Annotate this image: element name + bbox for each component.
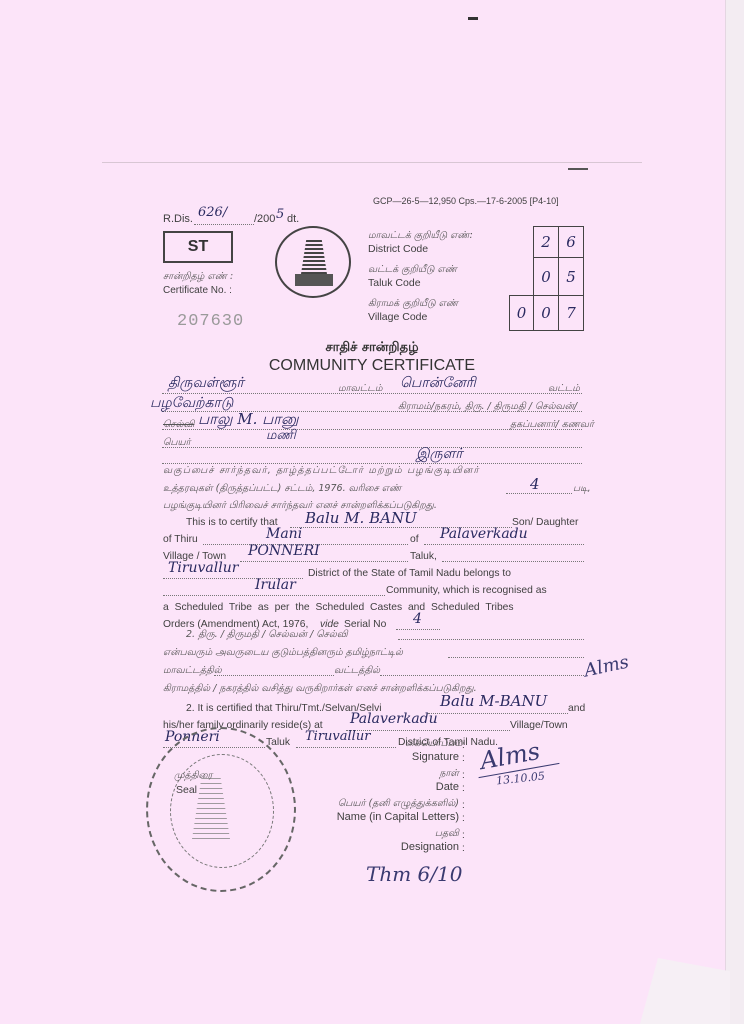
fill-line xyxy=(398,639,584,640)
hand-village-en: Palaverkadu xyxy=(440,526,528,542)
en-p1-g: District of the State of Tamil Nadu belo… xyxy=(308,568,511,580)
en-p1-h: Community, which is recognised as xyxy=(386,585,547,597)
fill-line xyxy=(163,595,385,596)
ink-mark xyxy=(468,17,478,20)
en-p1-a: This is to certify that xyxy=(186,517,278,529)
rdis-year: /200 xyxy=(254,213,275,225)
hand-district-ta: திருவள்ளூர் xyxy=(168,375,244,393)
name-label-ta: பெயர் (தனி எழுத்துக்களில்) xyxy=(300,798,459,810)
hand-serial-ta: 4 xyxy=(530,475,540,493)
hand-town-en: PONNERI xyxy=(248,543,320,559)
label-line2-ta: கிராமம்/நகரம், திரு. / திருமதி / செல்வன்… xyxy=(398,401,577,413)
official-seal-stamp xyxy=(146,727,296,892)
fill-line xyxy=(380,675,584,676)
tamil-para-line1: வகுப்பைச் சார்ந்தவர், தாழ்த்தப்பட்டோர் ம… xyxy=(163,465,480,477)
fill-line xyxy=(396,629,440,630)
tamil-para-line2-end: படி, xyxy=(573,483,591,495)
en2-line2b: Village/Town xyxy=(510,720,568,732)
hand-father-en: Mani xyxy=(266,526,302,542)
seal-label: Seal xyxy=(176,784,197,796)
tamil2-line1: 2. திரு. / திருமதி / செல்வன் / செல்வி xyxy=(186,629,348,641)
label-taluk-ta: வட்டம் xyxy=(548,383,580,395)
rdis-line xyxy=(194,224,254,225)
rdis-year-hand: 5 xyxy=(276,207,284,222)
tamil2-line3a: மாவட்டத்தில் xyxy=(163,665,222,677)
district-code-label: District Code xyxy=(368,243,428,255)
village-code-digit: 7 xyxy=(558,295,584,331)
fill-line xyxy=(240,561,408,562)
district-code-digit: 6 xyxy=(558,226,584,258)
label-name-ta: பெயர் xyxy=(163,437,191,449)
colon: : xyxy=(462,813,465,825)
village-code-digit: 0 xyxy=(533,295,559,331)
fill-line xyxy=(442,561,584,562)
tamil-nadu-emblem-icon xyxy=(275,226,351,298)
hand-father-ta: மணி xyxy=(266,428,296,444)
gopuram-icon xyxy=(301,240,327,274)
category-box: ST xyxy=(163,231,233,263)
fill-line xyxy=(346,730,510,731)
tamil2-line3b: வட்டத்தில் xyxy=(334,665,380,677)
signature-label: Signature xyxy=(395,751,459,763)
paper-edge xyxy=(725,0,744,1024)
district-code-label-ta: மாவட்டக் குறியீடு எண்: xyxy=(368,230,473,242)
colon: : xyxy=(462,770,465,782)
emblem-base xyxy=(295,274,333,286)
title-english: COMMUNITY CERTIFICATE xyxy=(0,357,744,375)
fill-line xyxy=(296,747,396,748)
colon: : xyxy=(462,830,465,842)
en-p1-d: of xyxy=(410,534,419,546)
rdis-value: 626/ xyxy=(198,205,227,220)
label-line3-suffix-ta: தகப்பனார்/ கணவர் xyxy=(510,419,594,431)
taluk-code-label: Taluk Code xyxy=(368,277,421,289)
hand-serial-en: 4 xyxy=(413,611,422,627)
hand-name-ta: பாலு M. பானு xyxy=(198,410,299,430)
village-code-label-ta: கிராமக் குறியீடு எண் xyxy=(368,298,458,310)
district-code-digit: 2 xyxy=(533,226,559,258)
designation-label-ta: பதவி xyxy=(405,828,459,840)
date-label-ta: நாள் xyxy=(405,768,459,780)
signature-label-ta: கையொப்பம் xyxy=(405,738,459,750)
rdis-label: R.Dis. xyxy=(163,213,193,225)
certificate-number: 207630 xyxy=(177,312,244,331)
hand-name-en: Balu M. BANU xyxy=(305,509,417,527)
hand-community-en: Irular xyxy=(255,577,296,593)
colon: : xyxy=(462,783,465,795)
village-code-label: Village Code xyxy=(368,311,427,323)
hand-name2-en: Balu M-BANU xyxy=(440,692,547,710)
en-p1-c: of Thiru xyxy=(163,534,198,546)
taluk-code-digit: 5 xyxy=(558,257,584,296)
label-district-ta: மாவட்டம் xyxy=(338,383,382,395)
fill-line xyxy=(162,463,582,464)
hand-district2-en: Tiruvallur xyxy=(305,729,370,744)
en-p1-i: a Scheduled Tribe as per the Scheduled C… xyxy=(163,602,514,614)
colon: : xyxy=(462,740,465,752)
fill-line xyxy=(428,713,568,714)
hand-reside-en: Palaverkadu xyxy=(350,711,438,727)
cert-no-label-en: Certificate No. : xyxy=(163,285,232,297)
tamil2-line2: என்பவரும் அவருடைய குடும்பத்தினரும் தமிழ்… xyxy=(163,647,403,659)
hand-taluk-ta: பொன்னேரி xyxy=(400,375,476,393)
tamil-para-line2: உத்தரவுகள் (திருத்தப்பட்ட) சட்டம், 1976.… xyxy=(163,483,401,495)
margin-mark xyxy=(568,168,588,170)
name-label: Name (in Capital Letters) xyxy=(300,811,459,823)
taluk-code-digit: 0 xyxy=(533,257,559,296)
colon: : xyxy=(462,800,465,812)
en-p1-k: Serial No xyxy=(344,619,386,631)
fill-line xyxy=(214,675,334,676)
colon: : xyxy=(462,753,465,765)
en2-line1b: and xyxy=(568,703,585,715)
en-p1-f: Taluk, xyxy=(410,551,437,563)
village-code-digit: 0 xyxy=(509,295,534,331)
colon: : xyxy=(462,843,465,855)
cert-no-label-ta: சான்றிதழ் எண் : xyxy=(163,271,233,283)
fill-line xyxy=(506,493,572,494)
fill-line xyxy=(448,657,584,658)
tamil2-line4: கிராமத்தில் / நகரத்தில் வசித்து வருகிறார… xyxy=(163,683,477,695)
fill-line xyxy=(162,447,582,448)
fill-line xyxy=(424,544,584,545)
hand-district-en: Tiruvallur xyxy=(168,560,238,576)
label-line3-ta: செல்வி xyxy=(163,419,194,431)
title-tamil: சாதிச் சான்றிதழ் xyxy=(0,340,744,356)
date-label: Date xyxy=(395,781,459,793)
hand-community-ta: இருளர் xyxy=(416,446,463,464)
seal-label-ta: முத்திரை xyxy=(174,770,212,782)
taluk-code-label-ta: வட்டக் குறியீடு எண் xyxy=(368,264,457,276)
bottom-initials: Thm 6/10 xyxy=(366,862,462,886)
rdis-dt: dt. xyxy=(287,213,299,225)
designation-label: Designation xyxy=(365,841,459,853)
print-code: GCP—26-5—12,950 Cps.—17-6-2005 [P4-10] xyxy=(373,195,559,207)
